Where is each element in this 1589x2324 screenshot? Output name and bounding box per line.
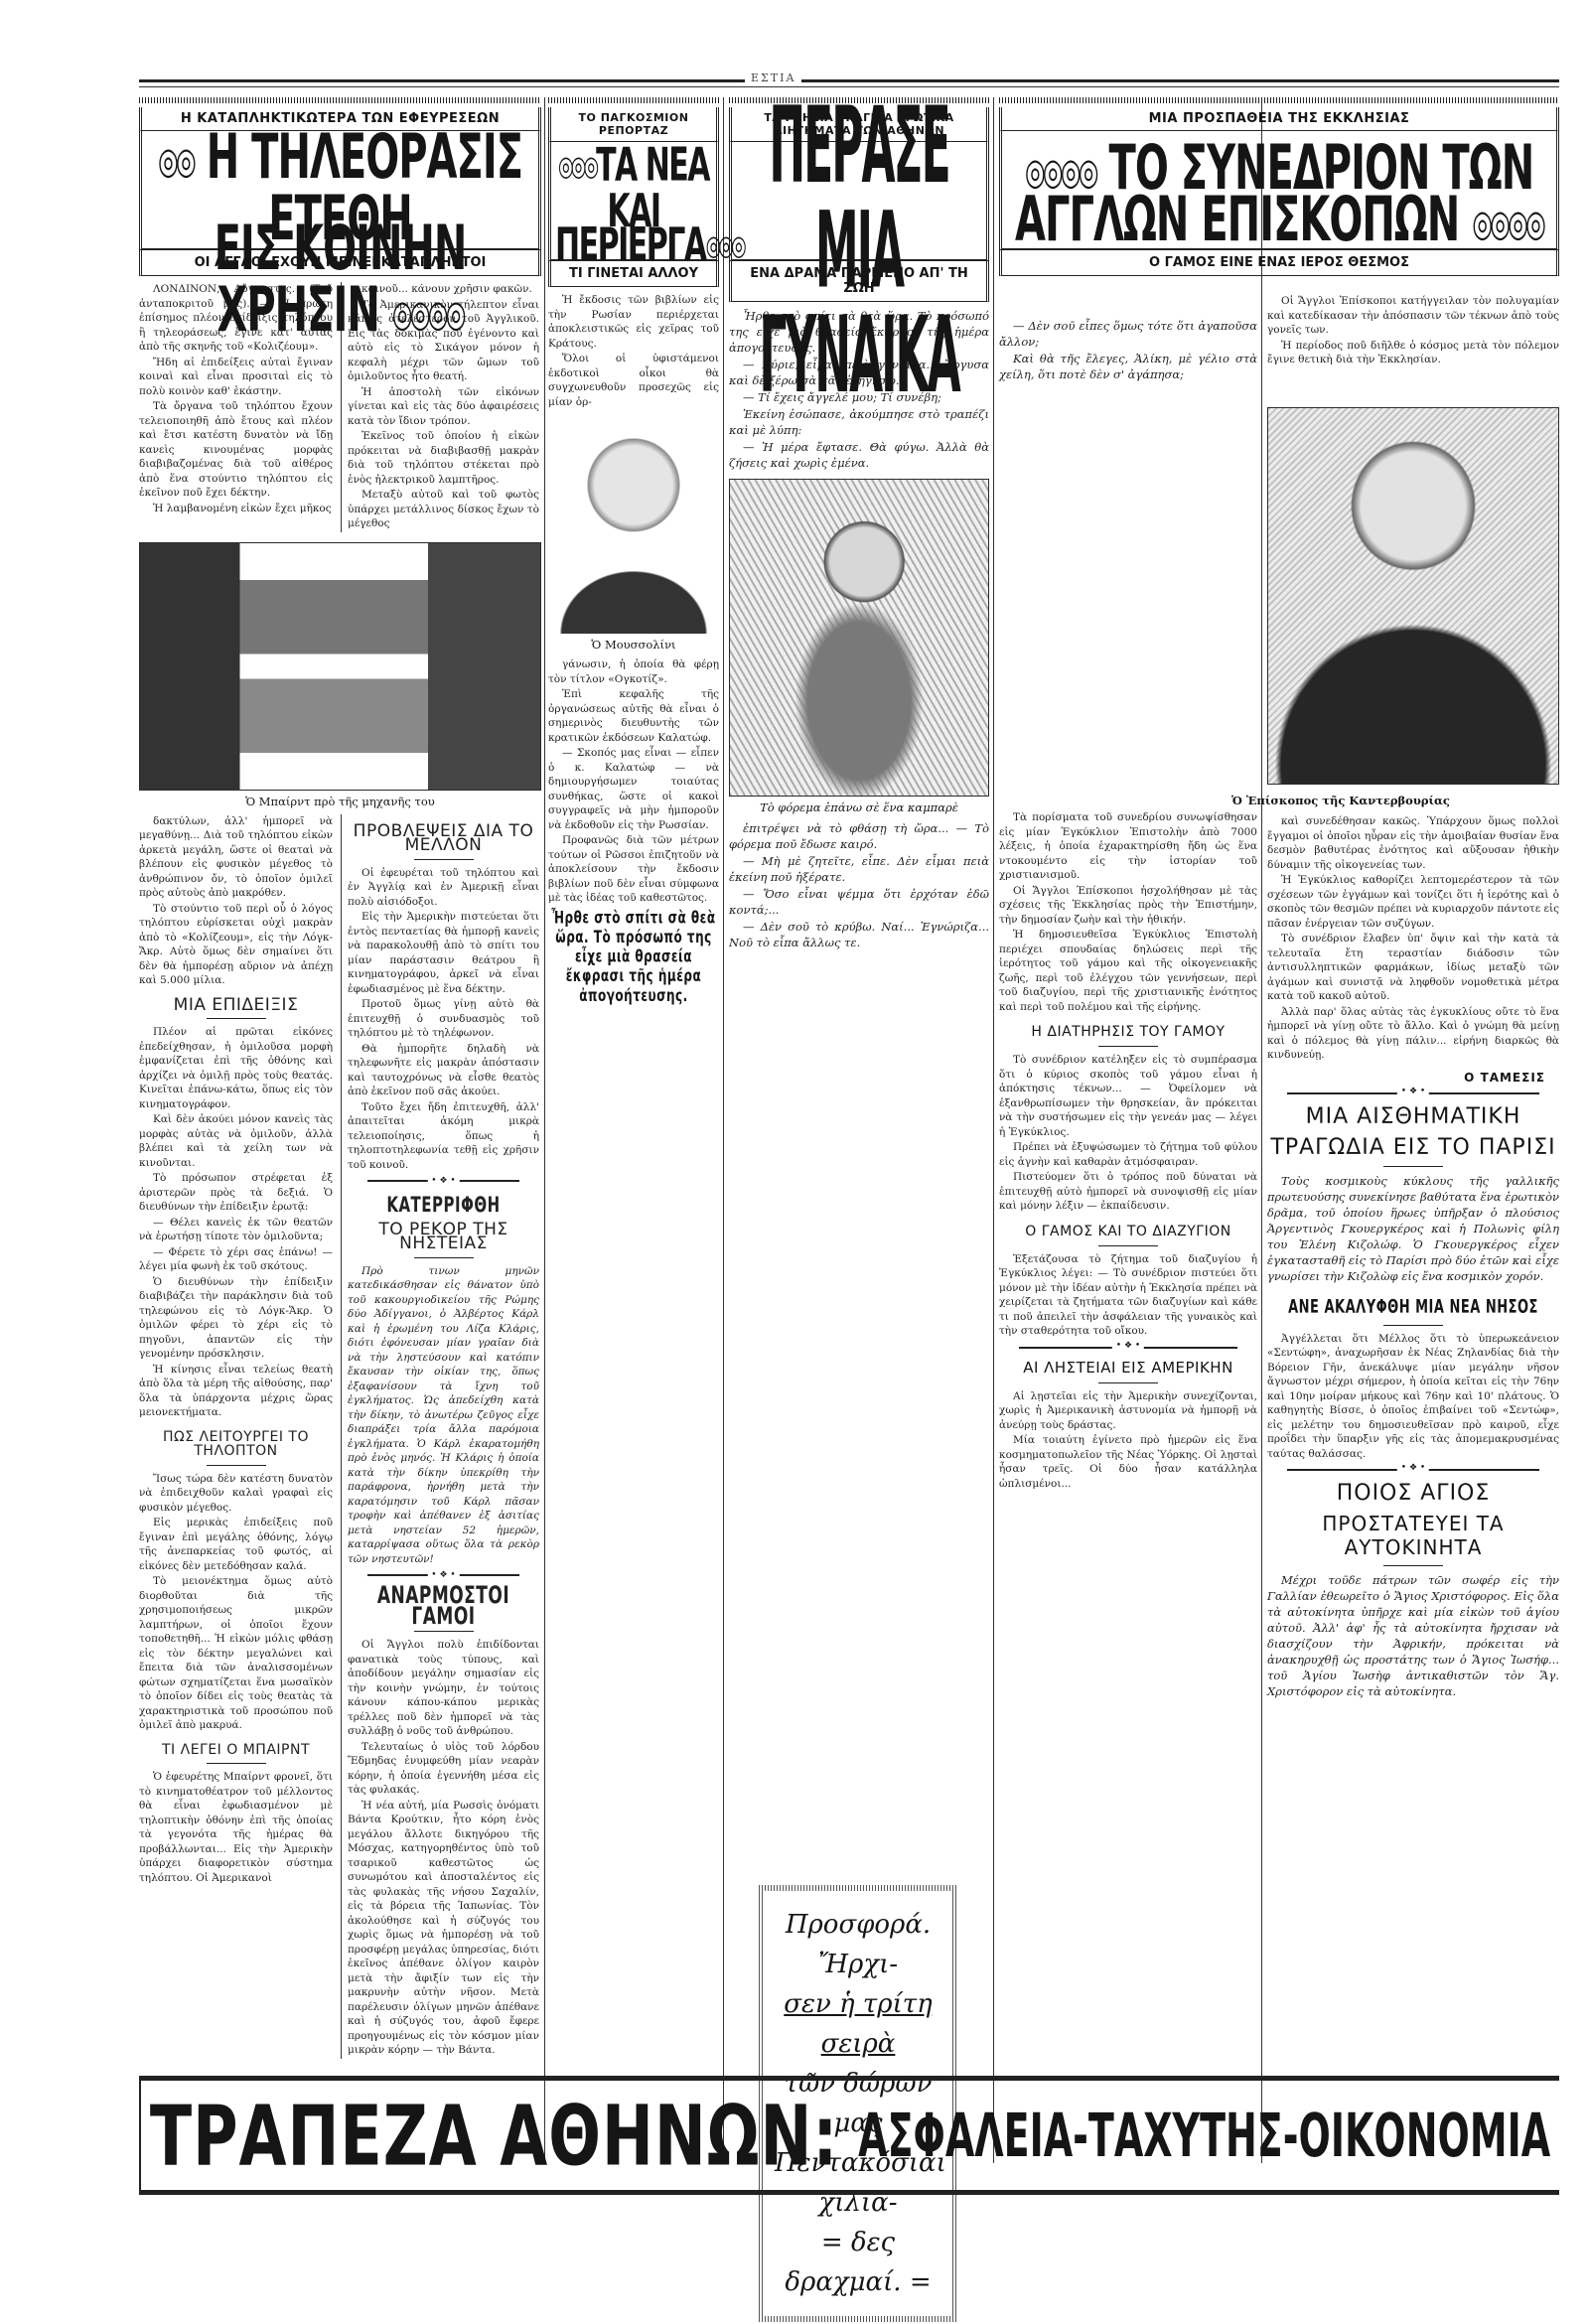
paragraph: Εἰς τὴν Ἀμερικὴν πιστεύεται ὅτι ἐντὸς πε… <box>348 910 539 996</box>
article-television: Η ΚΑΤΑΠΛΗΚΤΙΚΩΤΕΡΑ ΤΩΝ ΕΦΕΥΡΕΣΕΩΝ ◎◎ Η Τ… <box>139 97 541 2059</box>
paragraph: — Φέρετε τὸ χέρι σας ἐπάνω! — λέγει μία … <box>139 1245 333 1274</box>
paragraph: Ἡ ἔκδοσις τῶν βιβλίων εἰς τὴν Ρωσίαν περ… <box>548 293 719 351</box>
paragraph: Μία τοιαύτη ἐγίνετο πρὸ ἡμερῶν εἰς ἕνα κ… <box>999 1433 1257 1491</box>
ornamental-separator <box>367 1180 519 1182</box>
paragraph: Προφανῶς διὰ τῶν μέτρων τούτων οἱ Ρῶσσοι… <box>548 833 719 906</box>
paragraph: γάνωσιν, ἡ ὁποία θὰ φέρῃ τὸν τίτλον «Ογκ… <box>548 657 719 686</box>
section-title: ΠΡΟΒΛΕΨΕΙΣ ΔΙΑ ΤΟ ΜΕΛΛΟΝ <box>348 824 539 853</box>
paragraph: — Σκοπός μας εἶναι — εἶπεν ὁ κ. Καλατώφ … <box>548 746 719 832</box>
paragraph: Καὶ δὲν ἀκούει μόνον κανεὶς τὰς μορφὰς α… <box>139 1112 333 1170</box>
section-title: Ἦρθε στὸ σπίτι σὰ θεὰ ὥρα. Τὸ πρόσωπό τη… <box>548 908 719 1005</box>
paragraph: Μέχρι τοῦδε πάτρων τῶν σωφέρ εἰς τὴν Γαλ… <box>1267 1572 1559 1699</box>
paragraph: Ἡ λαμβανομένη εἰκὼν ἔχει μῆκος <box>139 502 333 516</box>
paragraph: Τὸ συνέδριον ἔλαβεν ὑπ' ὄψιν καὶ τὴν κατ… <box>1267 932 1559 1004</box>
paragraph: Πλέον αἱ πρῶται εἰκόνες ἐπεδείχθησαν, ἡ … <box>139 1025 333 1111</box>
article-synod-continued: — Δὲν σοῦ εἶπες ὅμως τότε ὅτι ἀγαποῦσα ἄ… <box>999 318 1257 1492</box>
paragraph: Τοῦτο ἔχει ἤδη ἐπιτευχθῆ, ἀλλ' ἀπαιτεῖτα… <box>348 1100 539 1173</box>
section-title: ΑΝΕ ΑΚΑΛΥΦΘΗ ΜΙΑ ΝΕΑ ΝΗΣΟΣ <box>1267 1297 1559 1318</box>
paragraph: Αἱ λῃστεῖαι εἰς τὴν Ἀμερικὴν συνεχίζοντα… <box>999 1389 1257 1433</box>
paragraph: Καὶ θὰ τῆς ἔλεγες, Ἀλίκη, μὲ γέλιο στὰ χ… <box>999 351 1257 382</box>
headline: ◎◎◎◎ ΤΟ ΣΥΝΕΔΡΙΟΝ ΤΩΝ ΑΓΓΛΩΝ ΕΠΙΣΚΟΠΩΝ ◎… <box>999 131 1559 250</box>
paragraph: Πρέπει νὰ ἐξυψώσωμεν τὸ ζήτημα τοῦ φύλου… <box>999 1140 1257 1169</box>
photo-baird-machine <box>139 542 541 791</box>
paragraph: Ἡ κίνησις εἶναι τελείως θεατὴ ἀπὸ ὅλα τὰ… <box>139 1363 333 1420</box>
paragraph: Εἰς μερικὰς ἐπιδείξεις ποῦ ἔγιναν ἐπὶ με… <box>139 1516 333 1573</box>
column-rule <box>1261 97 1262 2163</box>
paragraph: Ὁ διευθύνων τὴν ἐπίδειξιν διαβιβάζει τὴν… <box>139 1275 333 1362</box>
paragraph: Τὸ συνέδριον κατέληξεν εἰς τὸ συμπέρασμα… <box>999 1053 1257 1139</box>
paragraph: — Μὴ μὲ ζητεῖτε, εἶπε. Δὲν εἶμαι πειὰ ἐκ… <box>729 853 989 885</box>
paragraph: Ὅλοι οἱ ὑφιστάμενοι ἐκδοτικοὶ οἶκοι θὰ σ… <box>548 352 719 409</box>
section-title: ΜΙΑ ΕΠΙΔΕΙΞΙΣ <box>139 998 333 1013</box>
newspaper-page: ΕΣΤΙΑ Η ΚΑΤΑΠΛΗΚΤΙΚΩΤΕΡΑ ΤΩΝ ΕΦΕΥΡΕΣΕΩΝ … <box>129 79 1559 2106</box>
ornamental-separator <box>1019 1347 1237 1349</box>
article-news-and-curiosities: ΤΟ ΠΑΓΚΟΣΜΙΟΝ ΡΕΠΟΡΤΑΖ ◎◎◎ΤΑ ΝΕΑ ΚΑΙ ΠΕΡ… <box>548 97 719 1001</box>
photo-caption: Τὸ φόρεμα ἐπάνω σὲ ἕνα καμπαρὲ <box>729 800 989 814</box>
headline: ◎◎ Η ΤΗΛΕΟΡΑΣΙΣ ΕΤΕΘΗ ΕΙΣ ΚΟΙΝΗΝ ΧΡΗΣΙΝ … <box>139 131 541 250</box>
photo-mussolini-portrait <box>548 415 719 634</box>
section-title: ΤΙ ΛΕΓΕΙ Ο ΜΠΑΙΡΝΤ <box>139 1743 333 1758</box>
folio: ΕΣΤΙΑ <box>745 72 801 84</box>
photo-caption: Ὁ Μπαίρντ πρὸ τῆς μηχανῆς του <box>139 795 541 808</box>
bank-slogan: ΑΣΦΑΛΕΙΑ-ΤΑΧΥΤΗΣ-ΟΙΚΟΝΟΜΙΑ <box>858 2101 1550 2170</box>
paragraph: — Θέλει κανεὶς ἐκ τῶν θεατῶν νὰ ἐρωτήσῃ … <box>139 1216 333 1244</box>
section-title: ΜΙΑ ΑΙΣΘΗΜΑΤΙΚΗ <box>1267 1104 1559 1129</box>
paragraph: Μεταξὺ αὐτοῦ καὶ τοῦ φωτὸς ὑπάρχει μετάλ… <box>348 488 539 531</box>
paragraph: Οἱ ἐφευρέται τοῦ τηλόπτου καὶ ἐν Ἀγγλίᾳ … <box>348 866 539 910</box>
article-synod-of-bishops: ΜΙΑ ΠΡΟΣΠΑΘΕΙΑ ΤΗΣ ΕΚΚΛΗΣΙΑΣ ◎◎◎◎ ΤΟ ΣΥΝ… <box>999 97 1559 276</box>
kicker: ΤΟ ΠΑΓΚΟΣΜΙΟΝ ΡΕΠΟΡΤΑΖ <box>548 107 719 142</box>
column-rule <box>993 97 994 2163</box>
headline: ΠΕΡΑΣΕ ΜΙΑ ΓΥΝΑΙΚΑ <box>729 142 989 261</box>
paragraph: Ἡ περίοδος ποῦ διῆλθε ὁ κόσμος μετὰ τὸν … <box>1267 339 1559 367</box>
paragraph: Τὰ ὄργανα τοῦ τηλόπτου ἔχουν τελειοποιηθ… <box>139 399 333 501</box>
paragraph: — Ἡ μέρα ἔφτασε. Θὰ φύγω. Ἀλλὰ θὰ ζήσεις… <box>729 439 989 471</box>
column-six: καὶ συνεδέθησαν κακῶς. Ὑπάρχουν ὅμως πολ… <box>1267 814 1559 1700</box>
photo-bishop-canterbury <box>1267 407 1559 785</box>
section-title: ΑΙ ΛΗΣΤΕΙΑΙ ΕΙΣ ΑΜΕΡΙΚΗΝ <box>999 1359 1257 1377</box>
author-signature: Ο ΤΑΜΕΣΙΣ <box>1281 1071 1545 1085</box>
paragraph: Τὰ πορίσματα τοῦ συνεδρίου συνωψίσθησαν … <box>999 810 1257 883</box>
paragraph: Τὸ πρόσωπον στρέφεται ἐξ ἀριστερῶν πρὸς … <box>139 1171 333 1215</box>
ornament-icon: ◎◎◎◎ <box>1472 202 1543 244</box>
paragraph: δακτύλων, ἀλλ' ἠμπορεῖ νὰ μεγαθύνῃ... Δι… <box>139 814 333 901</box>
paragraph: Προτοῦ ὅμως γίνῃ αὐτὸ θὰ ἐπιτευχθῇ ὁ συν… <box>348 997 539 1041</box>
paragraph: ἐπιτρέψει νὰ τὸ φθάσῃ τὴ ὥρα... — Τὸ φόρ… <box>729 820 989 852</box>
paragraph: Οἱ Ἄγγλοι Ἐπίσκοποι ἠσχολήθησαν μὲ τὰς σ… <box>999 884 1257 928</box>
section-title: Η ΔΙΑΤΗΡΗΣΙΣ ΤΟΥ ΓΑΜΟΥ <box>999 1024 1257 1040</box>
kicker: ΜΙΑ ΠΡΟΣΠΑΘΕΙΑ ΤΗΣ ΕΚΚΛΗΣΙΑΣ <box>999 107 1559 131</box>
paragraph: Οἱ Ἄγγλοι Ἐπίσκοποι κατήγγειλαν τὸν πολυ… <box>1267 294 1559 338</box>
paragraph: Ὁ ἐφευρέτης Μπαίρντ φρονεῖ, ὅτι τὸ κινημ… <box>139 1770 333 1885</box>
section-title: ΤΟ ΡΕΚΟΡ ΤΗΣ ΝΗΣΤΕΙΑΣ <box>348 1223 539 1251</box>
section-title: Ο ΓΑΜΟΣ ΚΑΙ ΤΟ ΔΙΑΖΥΓΙΟΝ <box>999 1224 1257 1239</box>
column-rule <box>723 97 724 2163</box>
bank-name: ΤΡΑΠΕΖΑ ΑΘΗΝΩΝ: <box>150 2087 838 2185</box>
photo-woman-illustration <box>729 479 989 797</box>
article-a-woman-passed: ΤΑ ΓΝΗΣΙΑ ΤΡΑΓΙΚΑ ΕΡΩΤΙΚΑ ΔΙΗΓΗΜΑΤΑ ΤΩΝ … <box>729 97 989 951</box>
paragraph: Τὸ μειονέκτημα ὅμως αὐτὸ διορθοῦται διὰ … <box>139 1574 333 1733</box>
paragraph: Τοὺς κοσμικοὺς κύκλους τῆς γαλλικῆς πρωτ… <box>1267 1173 1559 1284</box>
ornament-icon: ◎◎◎◎ <box>392 292 464 335</box>
paragraph: Ἡ ἀποστολὴ τῶν εἰκόνων γίνεται καὶ εἰς τ… <box>348 385 539 429</box>
paragraph: Ἐκεῖνος τοῦ ὁποίου ἡ εἰκὼν πρόκειται νὰ … <box>348 429 539 487</box>
ornamental-separator <box>1287 1469 1539 1471</box>
section-title: ΤΡΑΓΩΔΙΑ ΕΙΣ ΤΟ ΠΑΡΙΣΙ <box>1267 1135 1559 1160</box>
paragraph: — Δὲν σοῦ τὸ κρύβω. Ναί... Ἐγνώριζα... Ν… <box>729 919 989 950</box>
paragraph: Ἐξετάζουσα τὸ ζήτημα τοῦ διαζυγίου ἡ Ἐγκ… <box>999 1252 1257 1339</box>
hatch-rule <box>999 97 1559 103</box>
paragraph: Πρὸ τινων μηνῶν κατεδικάσθησαν εἰς θάνατ… <box>348 1264 539 1567</box>
paragraph: Ἡ δημοσιευθεῖσα Ἐγκύκλιος Ἐπιστολὴ περιέ… <box>999 928 1257 1014</box>
paragraph: καὶ συνεδέθησαν κακῶς. Ὑπάρχουν ὅμως πολ… <box>1267 814 1559 872</box>
paragraph: — Δὲν σοῦ εἶπες ὅμως τότε ὅτι ἀγαποῦσα ἄ… <box>999 318 1257 350</box>
paragraph: Ἡ νέα αὐτή, μία Ρωσσὶς ὀνόματι Βάντα Κρο… <box>348 1799 539 2058</box>
paragraph: Ἤδη αἱ ἐπιδείξεις αὐταὶ ἔγιναν κοιναὶ κα… <box>139 356 333 399</box>
photo-caption: Ὁ Μουσσολίνι <box>548 638 719 652</box>
paragraph: — Ὅσο εἶναι ψέμμα ὅτι ἐρχόταν ἐδῶ κοντά;… <box>729 886 989 918</box>
paragraph: Ἡ Ἐγκύκλιος καθορίζει λεπτομερέστερον τὰ… <box>1267 873 1559 931</box>
headline: ◎◎◎ΤΑ ΝΕΑ ΚΑΙ ΠΕΡΙΕΡΓΑ◎◎◎ <box>548 142 719 261</box>
hatch-rule <box>139 97 541 103</box>
paragraph: Πιστεύομεν ὅτι ὁ τρόπος ποῦ δύναται νὰ ἐ… <box>999 1170 1257 1214</box>
paragraph: Ἴσως τώρα δὲν κατέστη δυνατὸν νὰ ἐπιδειχ… <box>139 1472 333 1516</box>
paragraph: Οἱ Ἄγγλοι πολὺ ἐπιδίδονται φανατικὰ τοὺς… <box>348 1638 539 1739</box>
article-synod-lead: Οἱ Ἄγγλοι Ἐπίσκοποι κατήγγειλαν τὸν πολυ… <box>1267 294 1559 368</box>
paragraph: Ἀλλὰ παρ' ὅλας αὐτὰς τὰς ἐγκυκλίους οὔτε… <box>1267 1005 1559 1063</box>
bank-advertisement-banner: ΤΡΑΠΕΖΑ ΑΘΗΝΩΝ: ΑΣΦΑΛΕΙΑ-ΤΑΧΥΤΗΣ-ΟΙΚΟΝΟΜ… <box>139 2076 1559 2195</box>
ornamental-separator <box>367 1574 519 1576</box>
section-title: ΑΝΑΡΜΟΣΤΟΙ ΓΑΜΟΙ <box>348 1586 539 1627</box>
section-title: ΚΑΤΕΡΡΙΦΘΗ <box>348 1195 539 1215</box>
section-title: ΠΟΙΟΣ ΑΓΙΟΣ <box>1267 1481 1559 1506</box>
section-title: ΠΡΟΣΤΑΤΕΥΕΙ ΤΑ ΑΥΤΟΚΙΝΗΤΑ <box>1267 1512 1559 1559</box>
paragraph: Θὰ ἠμπορῆτε δηλαδὴ νὰ τηλεφωνῆτε εἰς μακ… <box>348 1042 539 1099</box>
hatch-rule <box>548 97 719 103</box>
paragraph: Τὸ στούντιο τοῦ περὶ οὗ ὁ λόγος τηλόπτου… <box>139 902 333 988</box>
photo-caption: Ὁ Ἐπίσκοπος τῆς Καντερβουρίας <box>1122 794 1559 807</box>
paragraph: Ἀγγέλλεται ὅτι Μέλλος ὅτι τὸ ὑπερωκεάνει… <box>1267 1332 1559 1462</box>
ornament-icon: ◎◎◎ <box>558 150 596 183</box>
ornamental-separator <box>1287 1092 1539 1094</box>
ornament-icon: ◎◎ <box>158 139 194 182</box>
section-title: ΠΩΣ ΛΕΙΤΟΥΡΓΕΙ ΤΟ ΤΗΛΟΠΤΟΝ <box>139 1430 333 1459</box>
column-rule <box>544 97 545 2163</box>
paragraph: Ἐπὶ κεφαλῆς τῆς ὀργανώσεως αὐτῆς θὰ εἶνα… <box>548 687 719 745</box>
paragraph: Τελευταίως ὁ υἱὸς τοῦ λόρδου Ἔδμηδας ἐνυ… <box>348 1740 539 1798</box>
